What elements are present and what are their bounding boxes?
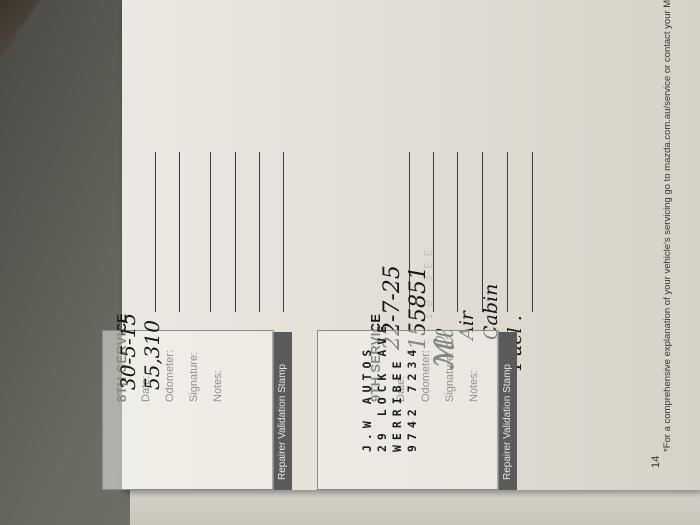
dealer-stamp-suburb: WERRIBEE (390, 357, 404, 452)
ninth-notes-line-3 (532, 152, 533, 312)
eighth-stamp-tab: Repairer Validation Stamp (272, 332, 292, 490)
eighth-odometer-line (179, 152, 180, 312)
facing-page-edge (130, 488, 700, 525)
ninth-signature-line (457, 152, 458, 312)
eighth-stamp-handwritten-date: 30-5-15 (116, 313, 140, 390)
page-number: 14 (650, 456, 662, 468)
dealer-stamp: J.W AUTOS 29 LOCK AVE WERRIBEE 9742 7234 (360, 321, 420, 452)
footnote: *For a comprehensive explanation of your… (662, 0, 673, 452)
ninth-stamp-tab-label: Repairer Validation Stamp (502, 364, 513, 480)
dealer-stamp-name: J.W AUTOS (360, 345, 374, 452)
eighth-stamp-tab-label: Repairer Validation Stamp (277, 364, 288, 480)
eighth-date-line (155, 152, 156, 312)
eighth-notes-line-c (259, 152, 260, 312)
rotated-page-content: 14 *For a comprehensive explanation of y… (122, 0, 700, 490)
background-corner (0, 0, 40, 60)
dealer-stamp-street: 29 LOCK AVE (375, 321, 389, 452)
eighth-notes-line-b (235, 152, 236, 312)
service-book-page: 14 *For a comprehensive explanation of y… (122, 0, 700, 490)
eighth-stamp-handwritten-odo: 55,310 (140, 320, 164, 390)
eighth-notes-line-d (283, 152, 284, 312)
eighth-notes-line-a (210, 152, 211, 312)
ninth-stamp-tab: Repairer Validation Stamp (497, 332, 517, 490)
ninth-notes-line-2 (507, 152, 508, 312)
dealer-stamp-phone: 9742 7234 (405, 345, 419, 452)
